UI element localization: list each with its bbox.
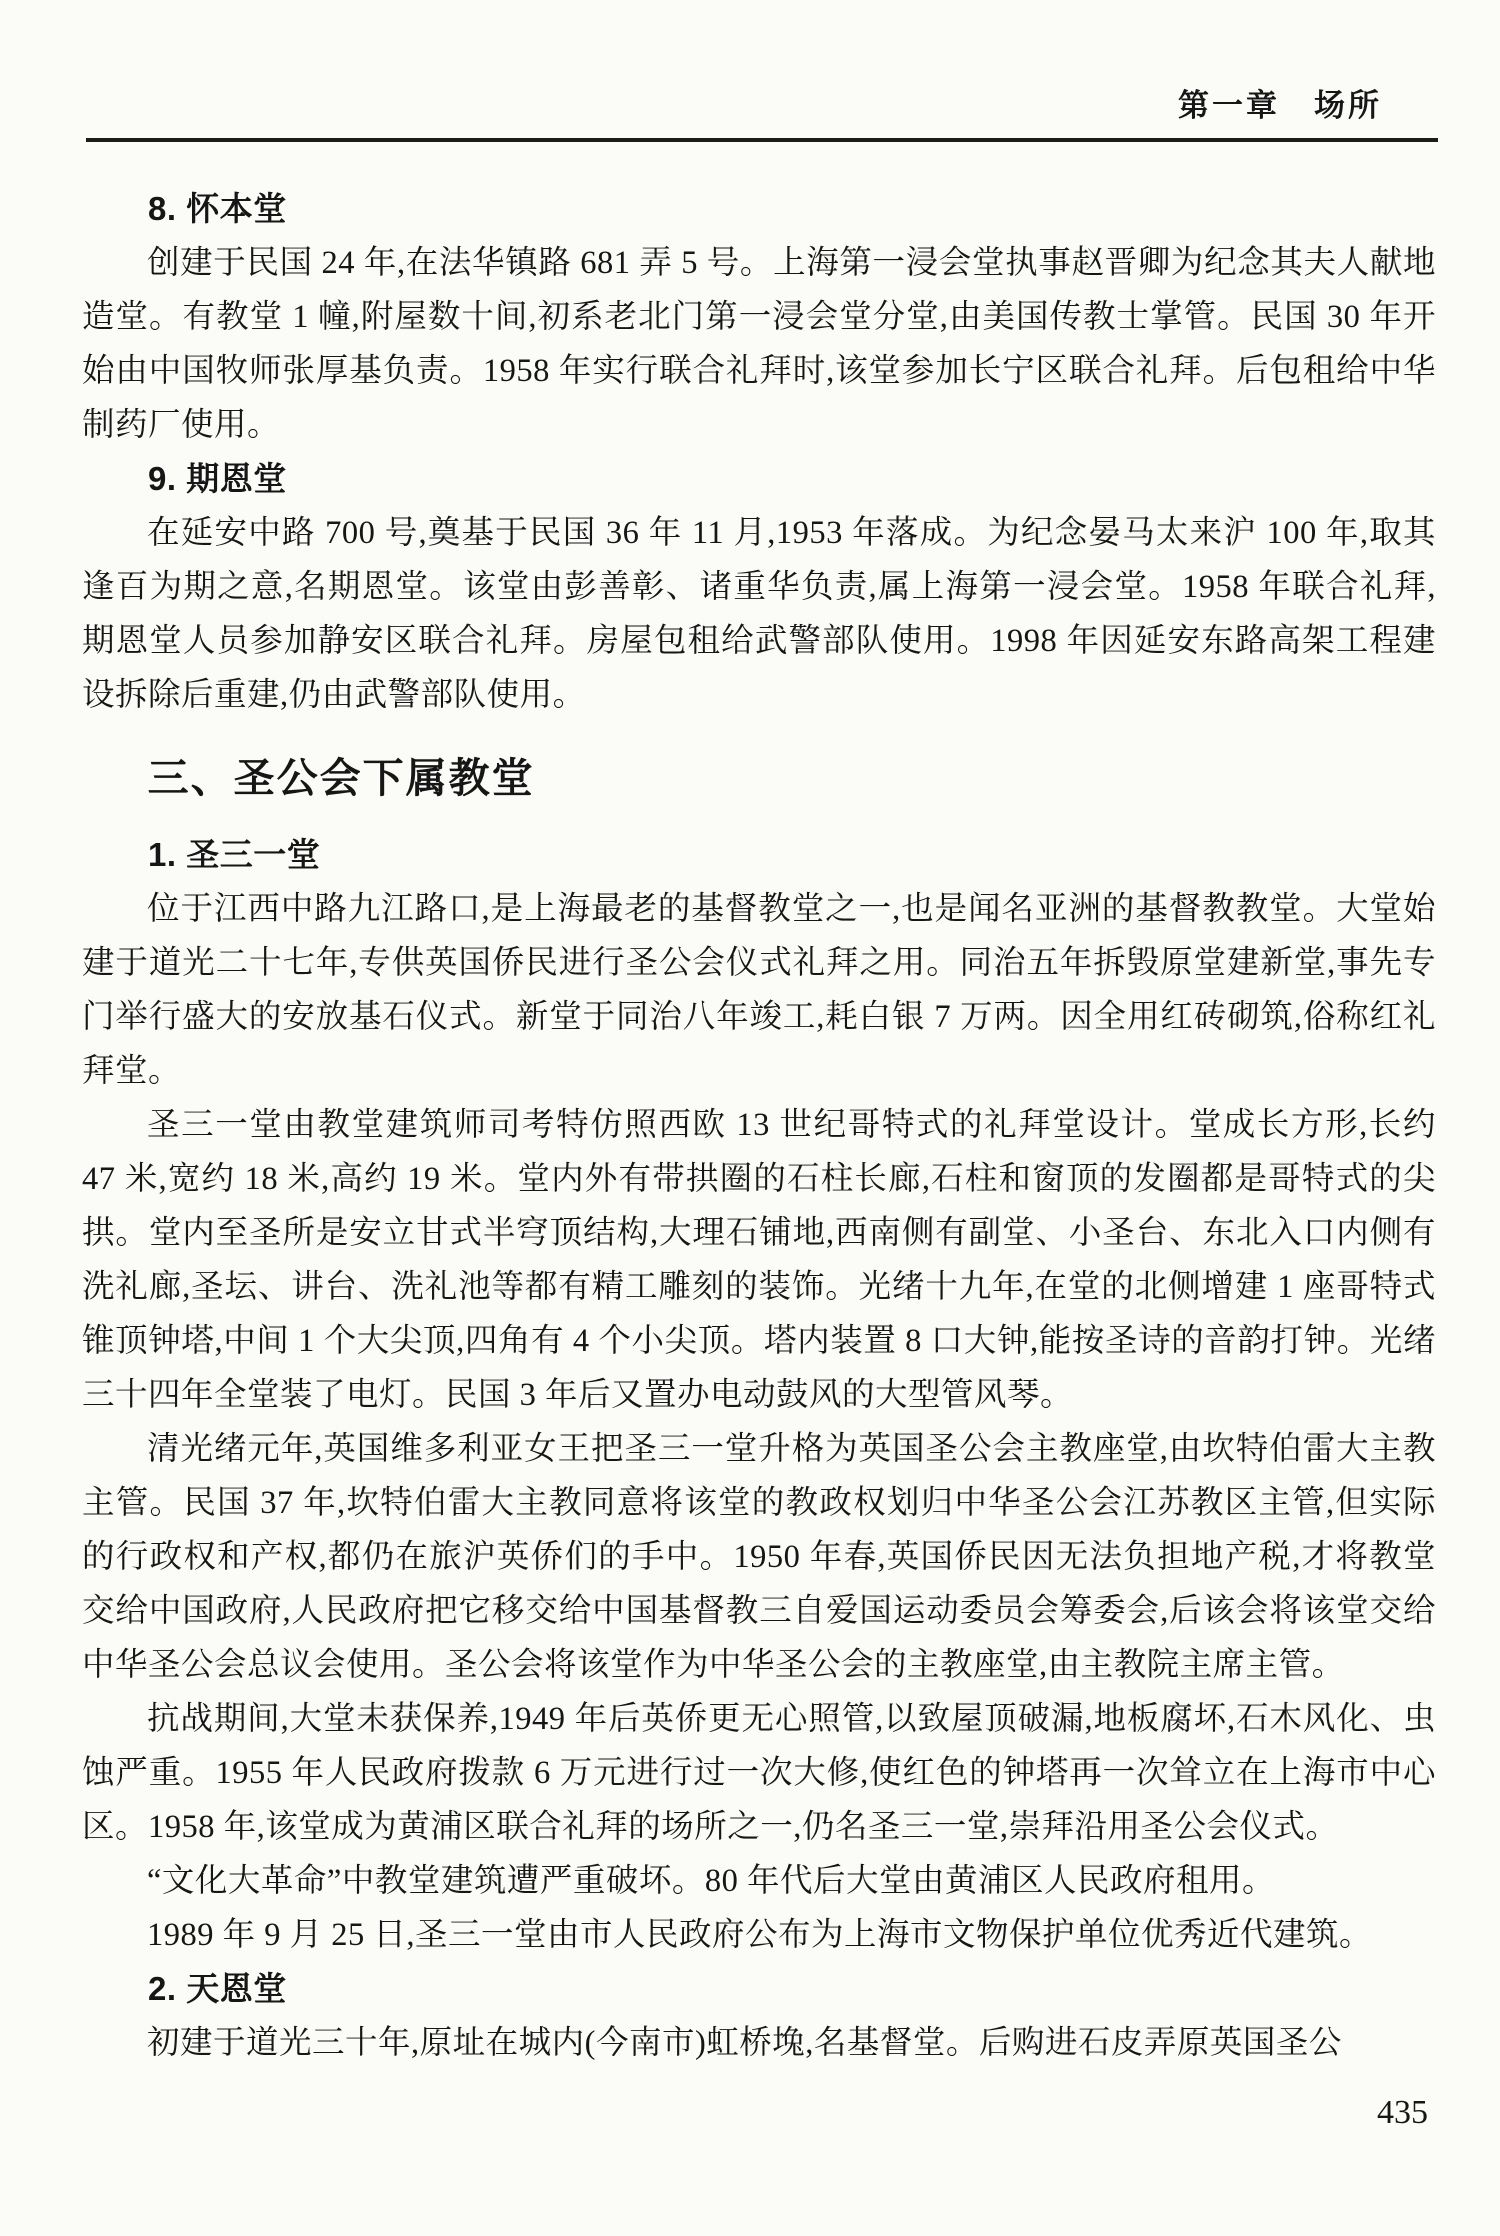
page-header: 第一章 场所 xyxy=(0,0,1500,142)
paragraph-huaiben-tang: 创建于民国 24 年,在法华镇路 681 弄 5 号。上海第一浸会堂执事赵晋卿为… xyxy=(82,236,1436,452)
header-rule xyxy=(86,138,1438,142)
paragraph-tianen-tang: 初建于道光三十年,原址在城内(今南市)虹桥堍,名基督堂。后购进石皮弄原英国圣公 xyxy=(82,2016,1436,2070)
paragraph-shengsanyi-2: 圣三一堂由教堂建筑师司考特仿照西欧 13 世纪哥特式的礼拜堂设计。堂成长方形,长… xyxy=(82,1098,1436,1422)
paragraph-shengsanyi-3: 清光绪元年,英国维多利亚女王把圣三一堂升格为英国圣公会主教座堂,由坎特伯雷大主教… xyxy=(82,1422,1436,1692)
section-heading-shenggonghui: 三、圣公会下属教堂 xyxy=(82,752,1436,804)
subheading-huaiben-tang: 8. 怀本堂 xyxy=(82,182,1436,236)
chapter-title: 第一章 场所 xyxy=(0,86,1382,126)
paragraph-shengsanyi-6: 1989 年 9 月 25 日,圣三一堂由市人民政府公布为上海市文物保护单位优秀… xyxy=(82,1908,1436,1962)
page-body: 8. 怀本堂 创建于民国 24 年,在法华镇路 681 弄 5 号。上海第一浸会… xyxy=(82,182,1436,2070)
paragraph-shengsanyi-1: 位于江西中路九江路口,是上海最老的基督教堂之一,也是闻名亚洲的基督教教堂。大堂始… xyxy=(82,882,1436,1098)
subheading-qien-tang: 9. 期恩堂 xyxy=(82,452,1436,506)
book-page: 第一章 场所 8. 怀本堂 创建于民国 24 年,在法华镇路 681 弄 5 号… xyxy=(0,0,1500,2236)
page-number: 435 xyxy=(1377,2096,1428,2130)
paragraph-shengsanyi-4: 抗战期间,大堂未获保养,1949 年后英侨更无心照管,以致屋顶破漏,地板腐坏,石… xyxy=(82,1692,1436,1854)
paragraph-qien-tang: 在延安中路 700 号,奠基于民国 36 年 11 月,1953 年落成。为纪念… xyxy=(82,506,1436,722)
paragraph-shengsanyi-5: “文化大革命”中教堂建筑遭严重破坏。80 年代后大堂由黄浦区人民政府租用。 xyxy=(82,1854,1436,1908)
subheading-tianen-tang: 2. 天恩堂 xyxy=(82,1962,1436,2016)
subheading-shengsanyi-tang: 1. 圣三一堂 xyxy=(82,828,1436,882)
